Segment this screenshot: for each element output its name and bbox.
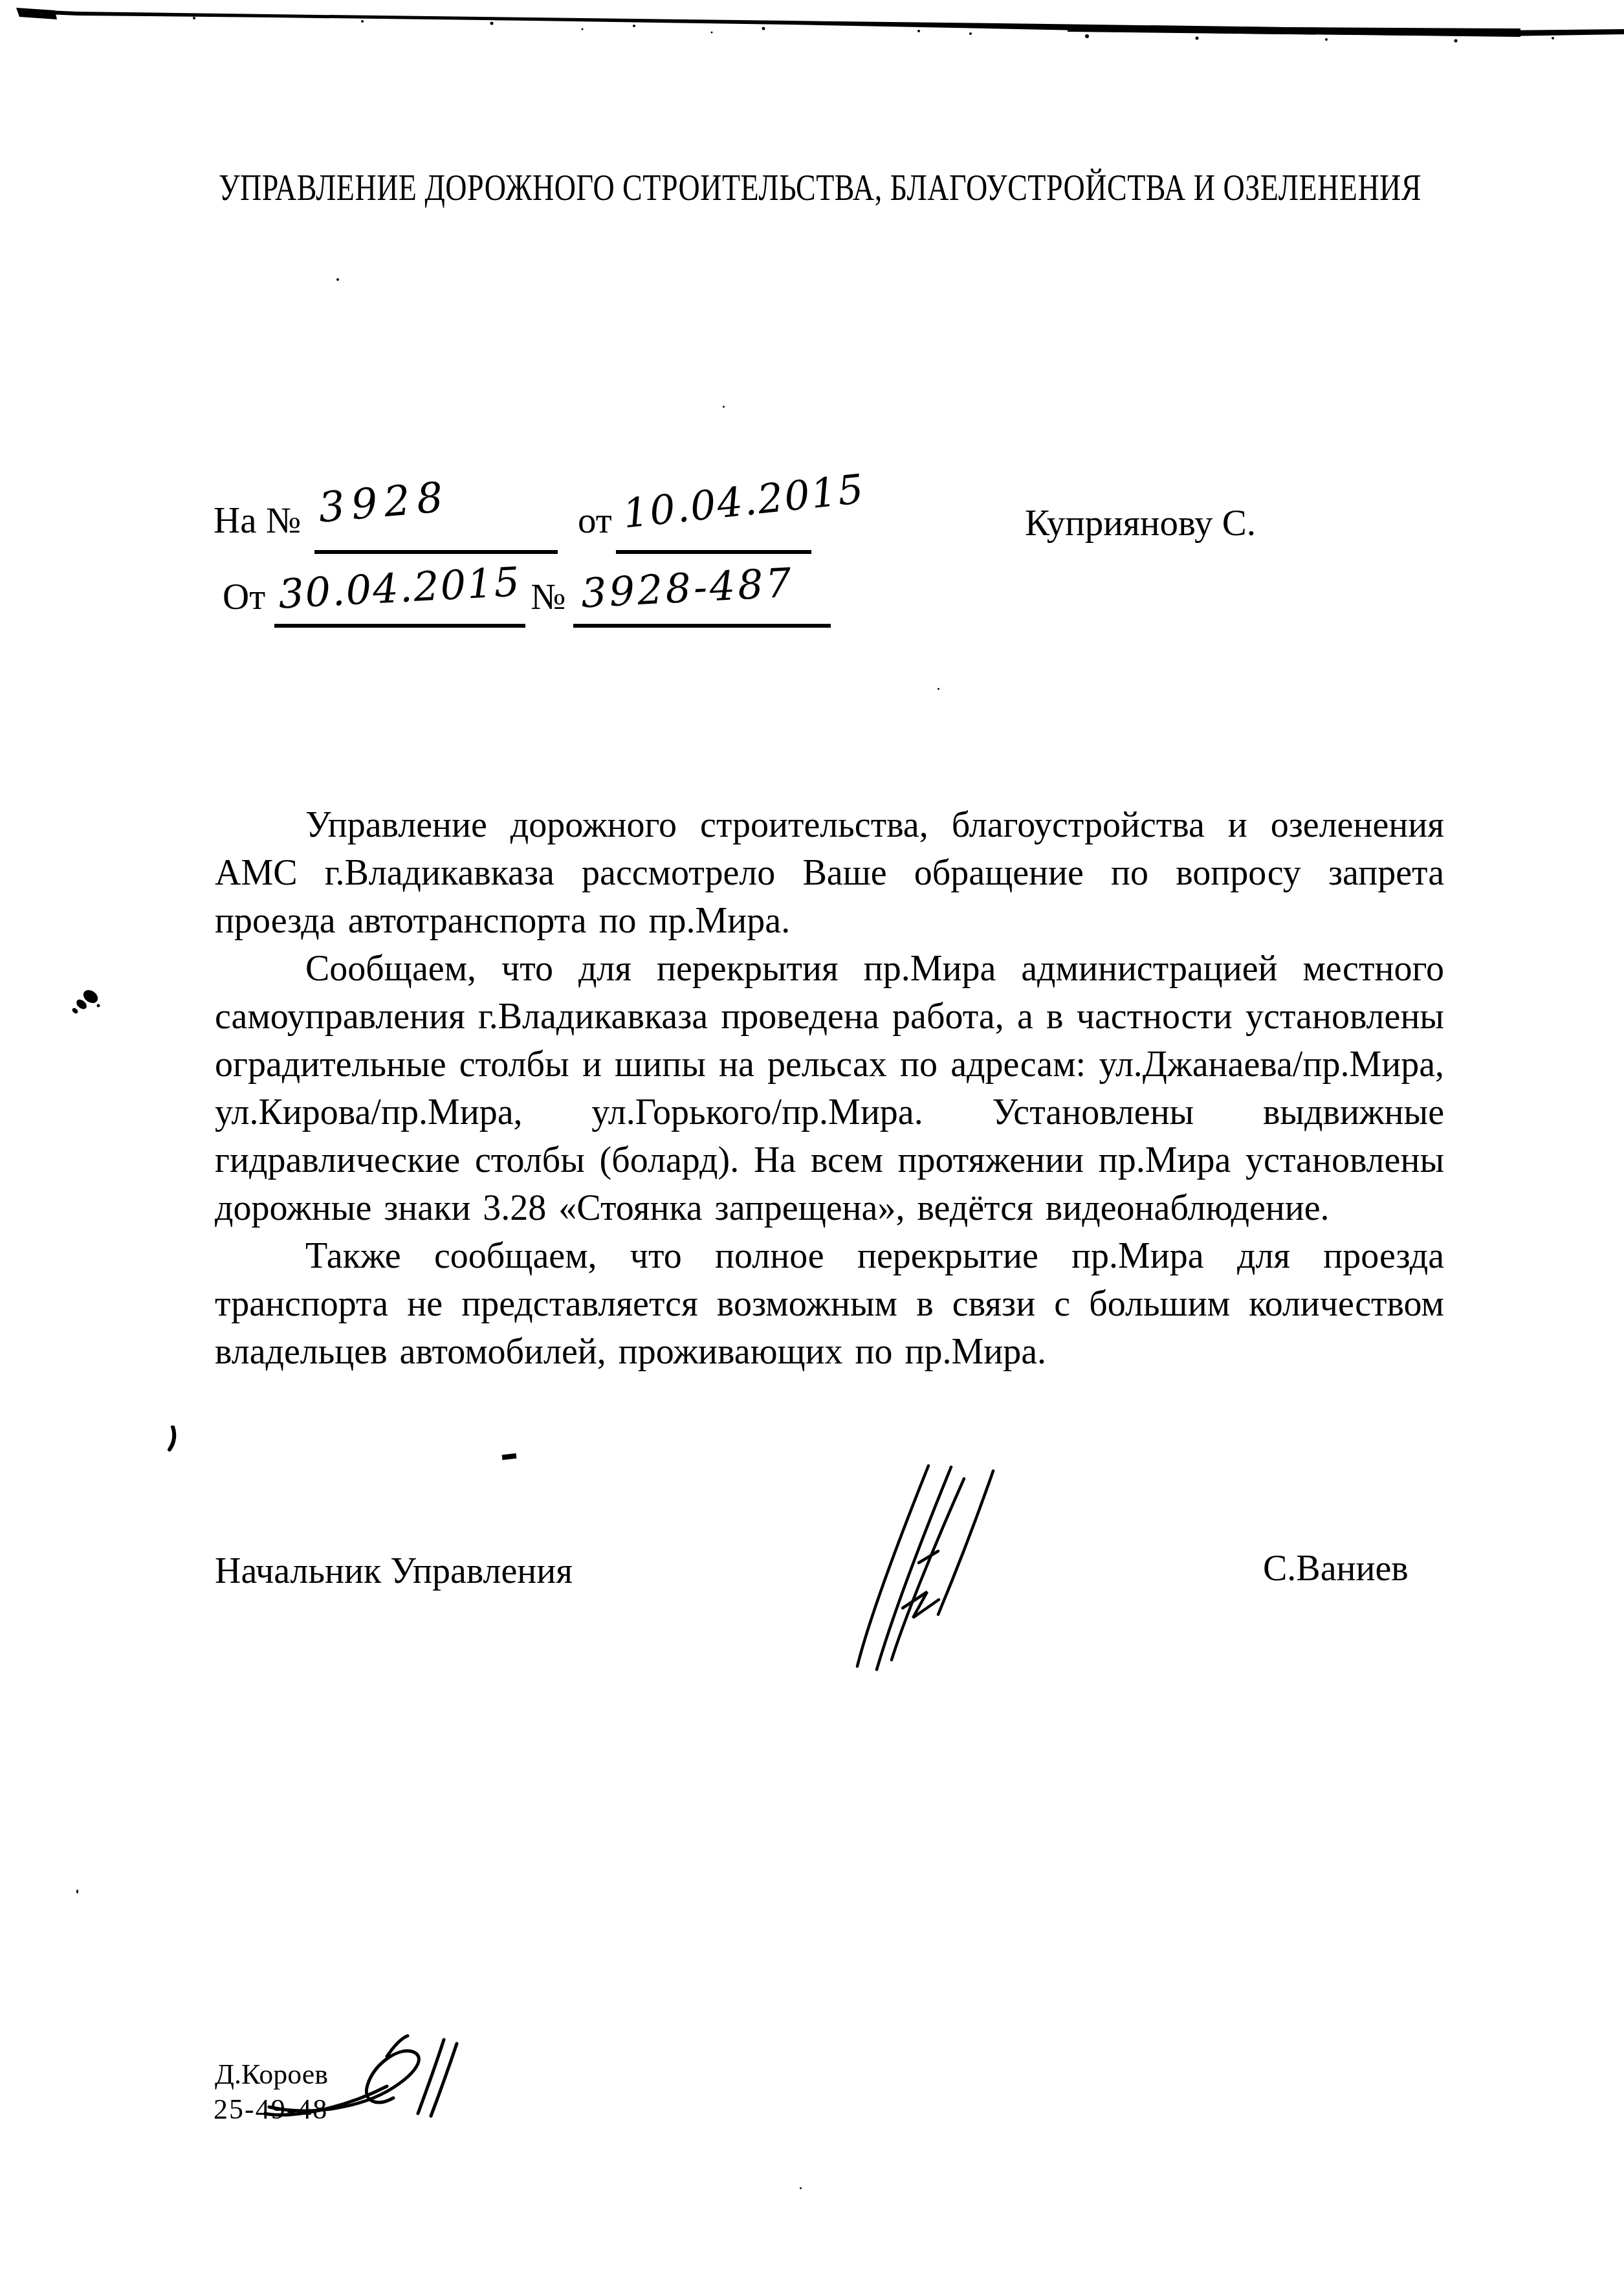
stray-apostrophe-artifact [167, 1426, 177, 1451]
scan-artifact-top-edge [0, 0, 1624, 58]
executor-signature-scribble [264, 2031, 471, 2134]
speck-artifact [76, 1890, 78, 1893]
letter-body: Управление дорожного строительства, благ… [215, 801, 1444, 1376]
letterhead-title: УПРАВЛЕНИЕ ДОРОЖНОГО СТРОИТЕЛЬСТВА, БЛАГ… [219, 167, 1421, 209]
signatory-title: Начальник Управления [215, 1550, 573, 1592]
ink-blot-artifact [70, 984, 106, 1017]
speck-artifact [938, 688, 939, 690]
signatory-name: С.Ваниев [1263, 1548, 1409, 1589]
in-reply-label: На № [214, 500, 301, 542]
in-reply-date-label: от [578, 500, 612, 542]
out-number-label: № [531, 576, 565, 618]
paragraph-1: Управление дорожного строительства, благ… [215, 801, 1444, 945]
speck-artifact [800, 2187, 802, 2189]
paragraph-3: Также сообщаем, что полное перекрытие пр… [215, 1232, 1444, 1376]
speck-artifact [336, 278, 339, 281]
stray-dash-artifact [502, 1453, 517, 1460]
addressee: Куприянову С. [1025, 502, 1256, 544]
scanned-letter-page: УПРАВЛЕНИЕ ДОРОЖНОГО СТРОИТЕЛЬСТВА, БЛАГ… [0, 0, 1624, 2283]
out-date-label: От [223, 576, 265, 618]
speck-artifact [723, 406, 725, 408]
signature-scribble [841, 1459, 1074, 1679]
paragraph-2: Сообщаем, что для перекрытия пр.Мира адм… [215, 945, 1444, 1232]
